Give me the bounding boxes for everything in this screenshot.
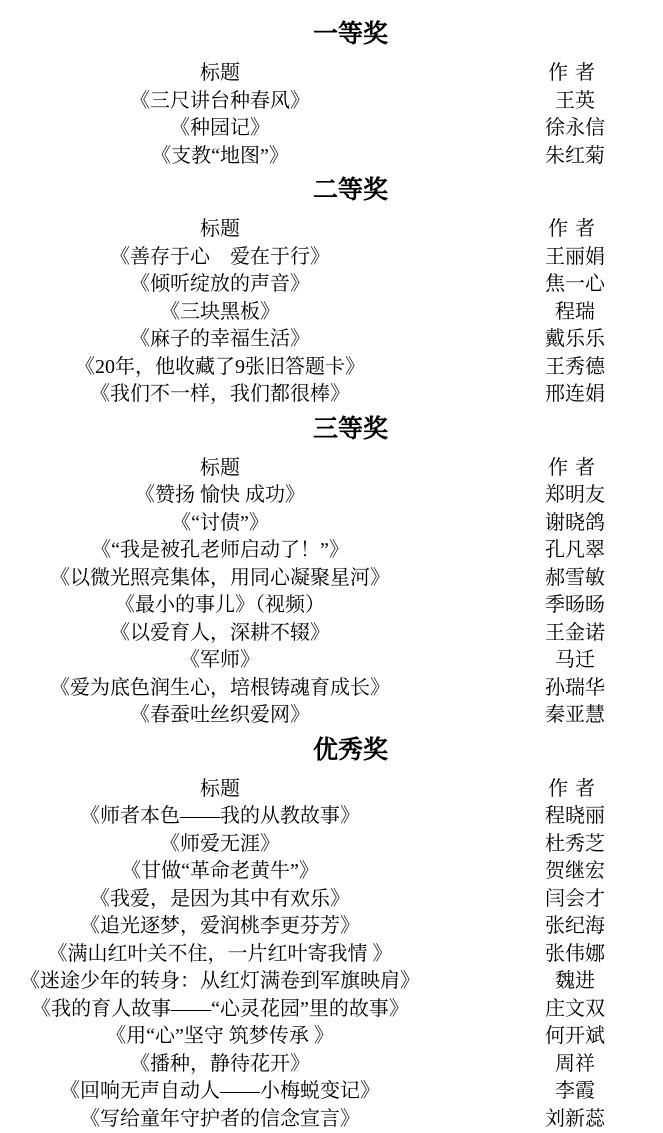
- award-entry-row: 《麻子的幸福生活》 戴乐乐: [0, 326, 663, 354]
- entry-author: 焦一心: [487, 271, 663, 299]
- entry-title: 《我爱，是因为其中有欢乐》: [0, 886, 440, 914]
- entry-author: 贺继宏: [487, 858, 663, 886]
- entry-title: 《赞扬 愉快 成功》: [0, 482, 440, 510]
- entry-rows: 《师者本色——我的从教故事》 程晓丽 《师爱无涯》 杜秀芝 《甘做“革命老黄牛”…: [0, 803, 663, 1133]
- section-header: 一等奖: [0, 20, 663, 50]
- award-section: 三等奖 标题 作者 《赞扬 愉快 成功》 郑明友 《“讨债”》 谢晓鸽 《“我是…: [0, 415, 663, 730]
- entry-title: 《“讨债”》: [0, 510, 440, 538]
- author-column-header: 作者: [487, 60, 663, 88]
- entry-title: 《20年，他收藏了9张旧答题卡》: [0, 354, 440, 382]
- award-entry-row: 《我们不一样，我们都很棒》 邢连娟: [0, 381, 663, 409]
- entry-author: 程晓丽: [487, 803, 663, 831]
- award-section: 优秀奖 标题 作者 《师者本色——我的从教故事》 程晓丽 《师爱无涯》 杜秀芝 …: [0, 736, 663, 1133]
- award-entry-row: 《播种，静待花开》 周祥: [0, 1051, 663, 1079]
- award-entry-row: 《善存于心 爱在于行》 王丽娟: [0, 244, 663, 272]
- entry-author: 程瑞: [487, 299, 663, 327]
- entry-rows: 《善存于心 爱在于行》 王丽娟 《倾听绽放的声音》 焦一心 《三块黑板》 程瑞 …: [0, 244, 663, 409]
- award-entry-row: 《春蚕吐丝织爱网》 秦亚慧: [0, 702, 663, 730]
- entry-author: 张纪海: [487, 913, 663, 941]
- award-entry-row: 《满山红叶关不住，一片红叶寄我情 》 张伟娜: [0, 941, 663, 969]
- entry-title: 《回响无声自动人——小梅蜕变记》: [0, 1078, 440, 1106]
- entry-title: 《师爱无涯》: [0, 831, 440, 859]
- entry-author: 杜秀芝: [487, 831, 663, 859]
- entry-author: 庄文双: [487, 996, 663, 1024]
- column-header-row: 标题 作者: [0, 216, 663, 244]
- award-entry-row: 《倾听绽放的声音》 焦一心: [0, 271, 663, 299]
- entry-author: 王丽娟: [487, 244, 663, 272]
- award-entry-row: 《追光逐梦，爱润桃李更芬芳》 张纪海: [0, 913, 663, 941]
- award-entry-row: 《以微光照亮集体，用同心凝聚星河》 郝雪敏: [0, 565, 663, 593]
- entry-author: 闫会才: [487, 886, 663, 914]
- award-section: 一等奖 标题 作者 《三尺讲台种春风》 王英 《种园记》 徐永信 《支教“地图”…: [0, 20, 663, 170]
- entry-author: 王金诺: [487, 620, 663, 648]
- title-column-header: 标题: [0, 776, 440, 804]
- award-entry-row: 《三尺讲台种春风》 王英: [0, 88, 663, 116]
- section-header: 优秀奖: [0, 736, 663, 766]
- author-column-header: 作者: [487, 776, 663, 804]
- award-entry-row: 《回响无声自动人——小梅蜕变记》 李霞: [0, 1078, 663, 1106]
- entry-title: 《以微光照亮集体，用同心凝聚星河》: [0, 565, 440, 593]
- entry-title: 《用“心”坚守 筑梦传承 》: [0, 1023, 440, 1051]
- award-entry-row: 《我爱，是因为其中有欢乐》 闫会才: [0, 886, 663, 914]
- section-header: 二等奖: [0, 176, 663, 206]
- award-entry-row: 《师者本色——我的从教故事》 程晓丽: [0, 803, 663, 831]
- author-column-header: 作者: [487, 216, 663, 244]
- entry-rows: 《三尺讲台种春风》 王英 《种园记》 徐永信 《支教“地图”》 朱红菊: [0, 88, 663, 171]
- entry-author: 孔凡翠: [487, 537, 663, 565]
- award-entry-row: 《军师》 马迁: [0, 647, 663, 675]
- entry-title: 《“我是被孔老师启动了！”》: [0, 537, 440, 565]
- entry-rows: 《赞扬 愉快 成功》 郑明友 《“讨债”》 谢晓鸽 《“我是被孔老师启动了！”》…: [0, 482, 663, 730]
- entry-title: 《最小的事儿》（视频）: [0, 592, 440, 620]
- entry-title: 《我的育人故事——“心灵花园”里的故事》: [0, 996, 440, 1024]
- entry-author: 刘新蕊: [487, 1106, 663, 1133]
- entry-title: 《播种，静待花开》: [0, 1051, 440, 1079]
- entry-title: 《写给童年守护者的信念宣言》: [0, 1106, 440, 1133]
- entry-title: 《种园记》: [0, 115, 440, 143]
- entry-author: 徐永信: [487, 115, 663, 143]
- entry-author: 朱红菊: [487, 143, 663, 171]
- entry-author: 马迁: [487, 647, 663, 675]
- title-column-header: 标题: [0, 455, 440, 483]
- column-header-row: 标题 作者: [0, 60, 663, 88]
- entry-author: 李霞: [487, 1078, 663, 1106]
- award-entry-row: 《用“心”坚守 筑梦传承 》 何开斌: [0, 1023, 663, 1051]
- column-header-row: 标题 作者: [0, 455, 663, 483]
- award-entry-row: 《三块黑板》 程瑞: [0, 299, 663, 327]
- award-entry-row: 《爱为底色润生心，培根铸魂育成长》 孙瑞华: [0, 675, 663, 703]
- entry-title: 《三块黑板》: [0, 299, 440, 327]
- award-document: 一等奖 标题 作者 《三尺讲台种春风》 王英 《种园记》 徐永信 《支教“地图”…: [0, 20, 663, 1133]
- award-entry-row: 《我的育人故事——“心灵花园”里的故事》 庄文双: [0, 996, 663, 1024]
- award-entry-row: 《最小的事儿》（视频） 季旸旸: [0, 592, 663, 620]
- award-entry-row: 《甘做“革命老黄牛”》 贺继宏: [0, 858, 663, 886]
- entry-author: 张伟娜: [487, 941, 663, 969]
- entry-title: 《迷途少年的转身：从红灯满卷到军旗映肩》: [0, 968, 440, 996]
- entry-title: 《善存于心 爱在于行》: [0, 244, 440, 272]
- column-header-row: 标题 作者: [0, 776, 663, 804]
- entry-author: 郑明友: [487, 482, 663, 510]
- entry-title: 《甘做“革命老黄牛”》: [0, 858, 440, 886]
- entry-title: 《麻子的幸福生活》: [0, 326, 440, 354]
- entry-author: 魏进: [487, 968, 663, 996]
- award-section: 二等奖 标题 作者 《善存于心 爱在于行》 王丽娟 《倾听绽放的声音》 焦一心 …: [0, 176, 663, 409]
- section-header: 三等奖: [0, 415, 663, 445]
- entry-author: 邢连娟: [487, 381, 663, 409]
- entry-author: 周祥: [487, 1051, 663, 1079]
- entry-title: 《三尺讲台种春风》: [0, 88, 440, 116]
- entry-author: 秦亚慧: [487, 702, 663, 730]
- entry-title: 《以爱育人，深耕不辍》: [0, 620, 440, 648]
- entry-author: 何开斌: [487, 1023, 663, 1051]
- award-entry-row: 《种园记》 徐永信: [0, 115, 663, 143]
- entry-author: 谢晓鸽: [487, 510, 663, 538]
- entry-title: 《支教“地图”》: [0, 143, 440, 171]
- award-entry-row: 《支教“地图”》 朱红菊: [0, 143, 663, 171]
- entry-title: 《春蚕吐丝织爱网》: [0, 702, 440, 730]
- entry-author: 郝雪敏: [487, 565, 663, 593]
- entry-author: 王英: [487, 88, 663, 116]
- entry-title: 《爱为底色润生心，培根铸魂育成长》: [0, 675, 440, 703]
- award-entry-row: 《赞扬 愉快 成功》 郑明友: [0, 482, 663, 510]
- award-entry-row: 《以爱育人，深耕不辍》 王金诺: [0, 620, 663, 648]
- award-entry-row: 《师爱无涯》 杜秀芝: [0, 831, 663, 859]
- entry-title: 《师者本色——我的从教故事》: [0, 803, 440, 831]
- entry-title: 《倾听绽放的声音》: [0, 271, 440, 299]
- entry-title: 《追光逐梦，爱润桃李更芬芳》: [0, 913, 440, 941]
- award-entry-row: 《迷途少年的转身：从红灯满卷到军旗映肩》 魏进: [0, 968, 663, 996]
- entry-author: 王秀德: [487, 354, 663, 382]
- award-entry-row: 《写给童年守护者的信念宣言》 刘新蕊: [0, 1106, 663, 1133]
- title-column-header: 标题: [0, 216, 440, 244]
- award-entry-row: 《20年，他收藏了9张旧答题卡》 王秀德: [0, 354, 663, 382]
- award-entry-row: 《“讨债”》 谢晓鸽: [0, 510, 663, 538]
- entry-author: 孙瑞华: [487, 675, 663, 703]
- entry-title: 《军师》: [0, 647, 440, 675]
- author-column-header: 作者: [487, 455, 663, 483]
- entry-author: 季旸旸: [487, 592, 663, 620]
- title-column-header: 标题: [0, 60, 440, 88]
- entry-author: 戴乐乐: [487, 326, 663, 354]
- entry-title: 《满山红叶关不住，一片红叶寄我情 》: [0, 941, 440, 969]
- entry-title: 《我们不一样，我们都很棒》: [0, 381, 440, 409]
- award-entry-row: 《“我是被孔老师启动了！”》 孔凡翠: [0, 537, 663, 565]
